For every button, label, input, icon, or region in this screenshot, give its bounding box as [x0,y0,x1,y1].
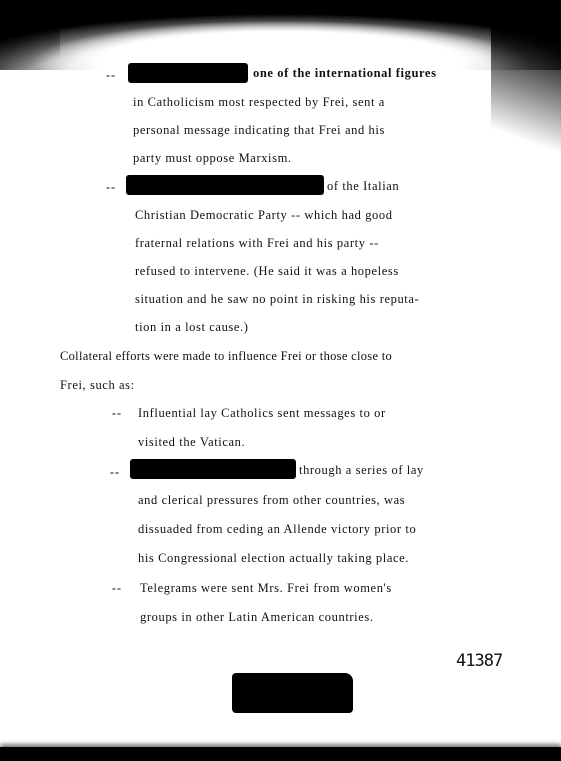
text-line: Telegrams were sent Mrs. Frei from women… [140,581,392,596]
text-line: visited the Vatican. [138,435,245,450]
text-line: fraternal relations with Frei and his pa… [135,236,379,251]
text-line: dissuaded from ceding an Allende victory… [138,522,416,537]
text-line: his Congressional election actually taki… [138,551,409,566]
text-line: of the Italian [327,179,399,194]
text-line: situation and he saw no point in risking… [135,292,419,307]
scan-noise-top-right [491,0,561,180]
text-line: in Catholicism most respected by Frei, s… [133,95,385,110]
text-line: groups in other Latin American countries… [140,610,374,625]
bullet-dash: -- [110,465,120,480]
redaction-block [130,459,296,479]
redaction-block [128,63,248,83]
page-number: 41387 [456,651,502,671]
scan-noise-top-left [0,30,60,70]
bullet-dash: -- [112,406,122,421]
text-line: through a series of lay [299,463,424,478]
text-line: tion in a lost cause.) [135,320,249,335]
redaction-block [126,175,324,195]
text-line: Christian Democratic Party -- which had … [135,208,393,223]
scan-noise-bottom [0,747,561,761]
text-line: Frei, such as: [60,378,135,393]
classification-redaction-block [232,673,353,713]
bullet-dash: -- [112,581,122,596]
text-line: one of the international figures [253,66,437,81]
scan-noise-top [0,0,561,70]
bullet-dash: -- [106,68,116,83]
text-line: party must oppose Marxism. [133,151,292,166]
text-line: personal message indicating that Frei an… [133,123,385,138]
text-line: Influential lay Catholics sent messages … [138,406,386,421]
text-line: refused to intervene. (He said it was a … [135,264,399,279]
bullet-dash: -- [106,180,116,195]
text-line: and clerical pressures from other countr… [138,493,405,508]
text-line: Collateral efforts were made to influenc… [60,349,392,364]
